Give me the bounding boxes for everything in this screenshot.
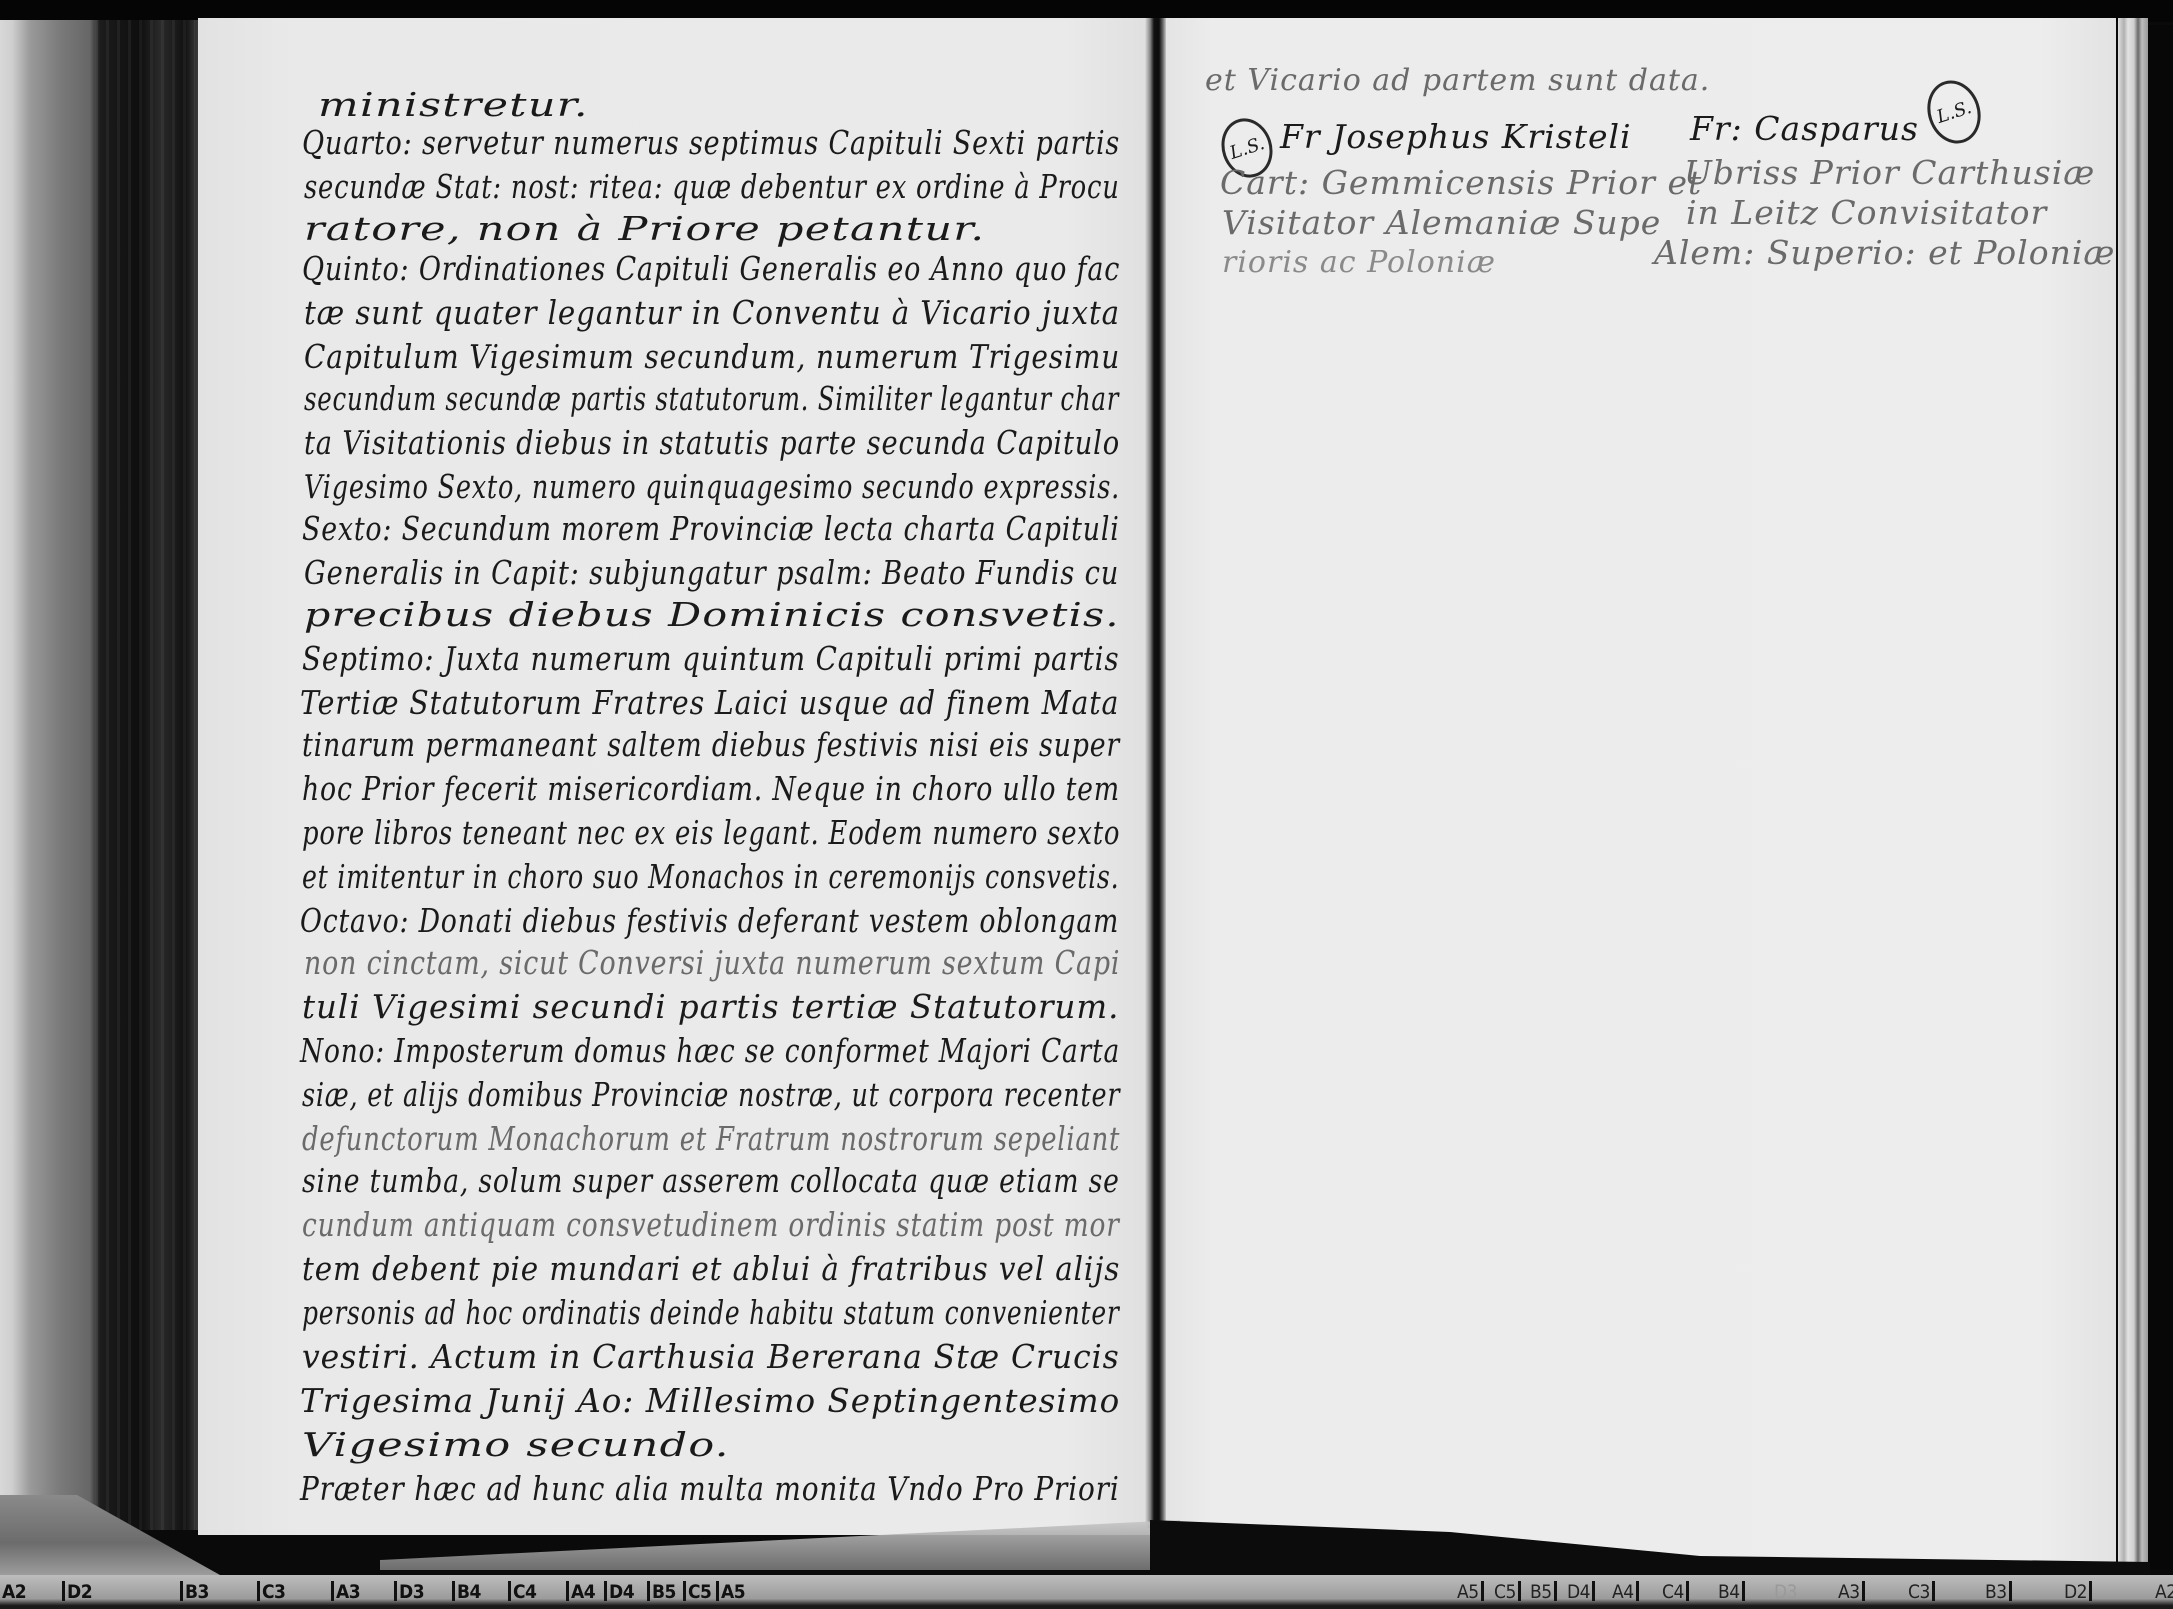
text-line: pore libros teneant nec ex eis legant. E… — [302, 816, 1120, 849]
text-line: Quinto: Ordinationes Capituli Generalis … — [302, 252, 1120, 285]
strip-label: C5 — [683, 1581, 711, 1603]
strip-label: B5 — [1530, 1581, 1557, 1603]
strip-label: B4 — [452, 1581, 481, 1603]
text-line: Quarto: servetur numerus septimus Capitu… — [302, 126, 1120, 159]
strip-label: A4 — [1612, 1581, 1639, 1603]
strip-label: C4 — [1662, 1581, 1689, 1603]
strip-label: C4 — [508, 1581, 536, 1603]
right-film-border — [2148, 25, 2173, 1570]
text-line: tem debent pie mundari et ablui à fratri… — [302, 1252, 1120, 1285]
text-line: ta Visitationis diebus in statutis parte… — [304, 426, 1120, 459]
strip-label: D2 — [62, 1581, 92, 1603]
strip-label: A5 — [1457, 1581, 1484, 1603]
text-line: et imitentur in choro suo Monachos in ce… — [302, 860, 1119, 893]
book-spine-texture — [95, 20, 195, 1530]
text-line: Vigesimo Sexto, numero quinquagesimo sec… — [304, 470, 1120, 503]
signature-left-line: Fr Josephus Kristeli — [1280, 120, 1632, 153]
strip-label: A2 — [2, 1581, 26, 1603]
strip-label: A2 — [2155, 1581, 2173, 1603]
text-line: tæ sunt quater legantur in Conventu à Vi… — [304, 296, 1120, 329]
signature-right-line: in Leitz Convisitator — [1686, 196, 2047, 229]
text-line: ministretur. — [318, 88, 589, 121]
text-line: Octavo: Donati diebus festivis deferant … — [300, 904, 1119, 937]
strip-label: A3 — [1838, 1581, 1865, 1603]
text-line: vestiri. Actum in Carthusia Bererana Stæ… — [302, 1340, 1120, 1373]
text-line: Nono: Imposterum domus hæc se conformet … — [300, 1034, 1120, 1067]
text-line: cundum antiquam consvetudinem ordinis st… — [302, 1208, 1120, 1241]
strip-label: D4 — [604, 1581, 634, 1603]
text-line: ratore, non à Priore petantur. — [304, 212, 985, 245]
microfilm-scan: ministretur. Quarto: servetur numerus se… — [0, 0, 2173, 1609]
strip-label: B5 — [647, 1581, 676, 1603]
strip-label: C3 — [257, 1581, 285, 1603]
text-line: non cinctam, sicut Conversi juxta numeru… — [304, 946, 1120, 979]
signature-right-line: Alem: Superio: et Poloniæ — [1654, 236, 2115, 269]
strip-label: B3 — [180, 1581, 209, 1603]
signature-left-line: rioris ac Poloniæ — [1222, 246, 1496, 279]
text-line: Vigesimo secundo. — [302, 1428, 730, 1461]
strip-label: B4 — [1718, 1581, 1745, 1603]
book-gutter — [1145, 18, 1167, 1528]
text-line: Septimo: Juxta numerum quintum Capituli … — [302, 642, 1119, 675]
signature-right-line: Ubriss Prior Carthusiæ — [1684, 156, 2095, 189]
seal-text: L.S. — [1227, 133, 1267, 164]
text-line: Sexto: Secundum morem Provinciæ lecta ch… — [302, 512, 1120, 545]
signature-left-line: Visitator Alemaniæ Supe — [1222, 206, 1661, 239]
text-line: secundæ Stat: nost: ritea: quæ debentur … — [304, 170, 1120, 203]
seal-text: L.S. — [1934, 97, 1974, 128]
text-line: hoc Prior fecerit misericordiam. Neque i… — [302, 772, 1120, 805]
text-line: defunctorum Monachorum et Fratrum nostro… — [302, 1122, 1120, 1155]
text-line: Capitulum Vigesimum secundum, numerum Tr… — [304, 340, 1120, 373]
text-line: Tertiæ Statutorum Fratres Laici usque ad… — [300, 686, 1119, 719]
strip-label: D2 — [2064, 1581, 2092, 1603]
header-line: et Vicario ad partem sunt data. — [1205, 64, 1710, 97]
strip-label: D4 — [1567, 1581, 1595, 1603]
text-line: tuli Vigesimi secundi partis tertiæ Stat… — [302, 990, 1119, 1023]
text-line: siæ, et alijs domibus Provinciæ nostræ, … — [302, 1078, 1120, 1111]
signature-right-line: Fr: Casparus — [1690, 112, 1919, 145]
strip-label: A4 — [566, 1581, 595, 1603]
strip-label: D3 — [394, 1581, 424, 1603]
strip-label: C3 — [1908, 1581, 1935, 1603]
text-line: sine tumba, solum super asserem collocat… — [302, 1164, 1120, 1197]
text-line: personis ad hoc ordinatis deinde habitu … — [302, 1296, 1120, 1329]
book-right-edge — [2118, 18, 2148, 1563]
text-line: secundum secundæ partis statutorum. Simi… — [304, 382, 1119, 415]
strip-label: C5 — [1494, 1581, 1521, 1603]
strip-label: A5 — [716, 1581, 745, 1603]
text-line: Præter hæc ad hunc alia multa monita Vnd… — [300, 1472, 1120, 1505]
text-line: Trigesima Junij Ao: Millesimo Septingent… — [300, 1384, 1120, 1417]
text-line: precibus diebus Dominicis consvetis. — [304, 598, 1120, 631]
strip-label: D3 — [1774, 1581, 1797, 1603]
strip-label: B3 — [1985, 1581, 2012, 1603]
strip-label: A3 — [331, 1581, 360, 1603]
text-line: tinarum permaneant saltem diebus festivi… — [302, 728, 1120, 761]
signature-left-line: Cart: Gemmicensis Prior et — [1220, 166, 1702, 199]
text-line: Generalis in Capit: subjungatur psalm: B… — [304, 556, 1119, 589]
